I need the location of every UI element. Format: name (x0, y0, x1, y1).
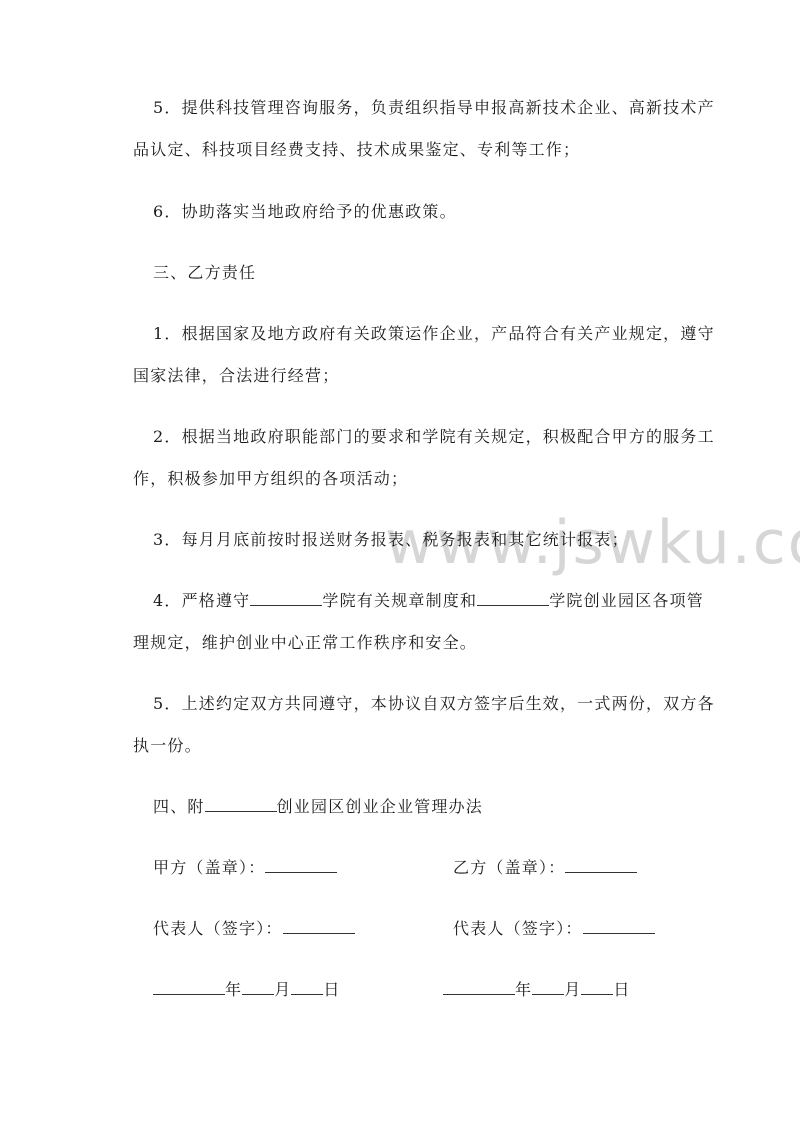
seal-label: 乙方（盖章）： (453, 858, 565, 877)
seal-label: 甲方（盖章）： (153, 858, 265, 877)
year-label: 年 (515, 980, 532, 999)
day-blank[interactable] (291, 980, 323, 995)
text-segment: 4．严格遵守 (153, 591, 250, 610)
paragraph-line: 3．每月月底前按时报送财务报表、税务报表和其它统计报表； (153, 530, 629, 550)
seal-line: 甲方（盖章）： (153, 858, 337, 878)
representative-line: 代表人（签字）： (453, 919, 655, 939)
seal-line: 乙方（盖章）： (453, 858, 637, 878)
seal-blank[interactable] (265, 858, 337, 873)
fill-blank[interactable] (250, 591, 322, 606)
day-blank[interactable] (581, 980, 613, 995)
paragraph-line: 2．根据当地政府职能部门的要求和学院有关规定，积极配合甲方的服务工 (153, 427, 715, 447)
representative-label: 代表人（签字）： (153, 919, 283, 938)
paragraph-line: 4．严格遵守学院有关规章制度和学院创业园区各项管 (153, 591, 704, 611)
month-label: 月 (564, 980, 581, 999)
date-line: 年月日 (153, 980, 341, 1000)
section-heading: 三、乙方责任 (153, 263, 256, 283)
text-segment: 学院有关规章制度和 (322, 591, 477, 610)
paragraph-line: 5．上述约定双方共同遵守，本协议自双方签字后生效，一式两份，双方各 (153, 694, 715, 714)
document-page: www.jswku.com 5．提供科技管理咨询服务，负责组织指导申报高新技术企… (0, 0, 800, 1132)
text-segment: 四、附 (153, 797, 205, 816)
paragraph-line: 执一份。 (133, 736, 202, 756)
year-label: 年 (225, 980, 242, 999)
section-heading: 四、附创业园区创业企业管理办法 (153, 797, 483, 817)
month-blank[interactable] (242, 980, 274, 995)
seal-blank[interactable] (565, 858, 637, 873)
date-line: 年月日 (443, 980, 631, 1000)
paragraph-line: 6．协助落实当地政府给予的优惠政策。 (153, 202, 457, 222)
fill-blank[interactable] (205, 797, 277, 812)
paragraph-line: 作，积极参加甲方组织的各项活动； (133, 469, 408, 489)
fill-blank[interactable] (477, 591, 549, 606)
paragraph-line: 国家法律，合法进行经营； (133, 366, 339, 386)
paragraph-line: 5．提供科技管理咨询服务，负责组织指导申报高新技术企业、高新技术产 (153, 98, 715, 118)
day-label: 日 (323, 980, 340, 999)
day-label: 日 (613, 980, 630, 999)
month-blank[interactable] (532, 980, 564, 995)
year-blank[interactable] (443, 980, 515, 995)
text-segment: 创业园区创业企业管理办法 (277, 797, 483, 816)
year-blank[interactable] (153, 980, 225, 995)
paragraph-line: 品认定、科技项目经费支持、技术成果鉴定、专利等工作； (133, 140, 580, 160)
representative-label: 代表人（签字）： (453, 919, 583, 938)
paragraph-line: 理规定，维护创业中心正常工作秩序和安全。 (133, 633, 477, 653)
signature-blank[interactable] (283, 919, 355, 934)
text-segment: 学院创业园区各项管 (549, 591, 704, 610)
representative-line: 代表人（签字）： (153, 919, 355, 939)
paragraph-line: 1．根据国家及地方政府有关政策运作企业，产品符合有关产业规定，遵守 (153, 324, 715, 344)
signature-blank[interactable] (583, 919, 655, 934)
month-label: 月 (274, 980, 291, 999)
